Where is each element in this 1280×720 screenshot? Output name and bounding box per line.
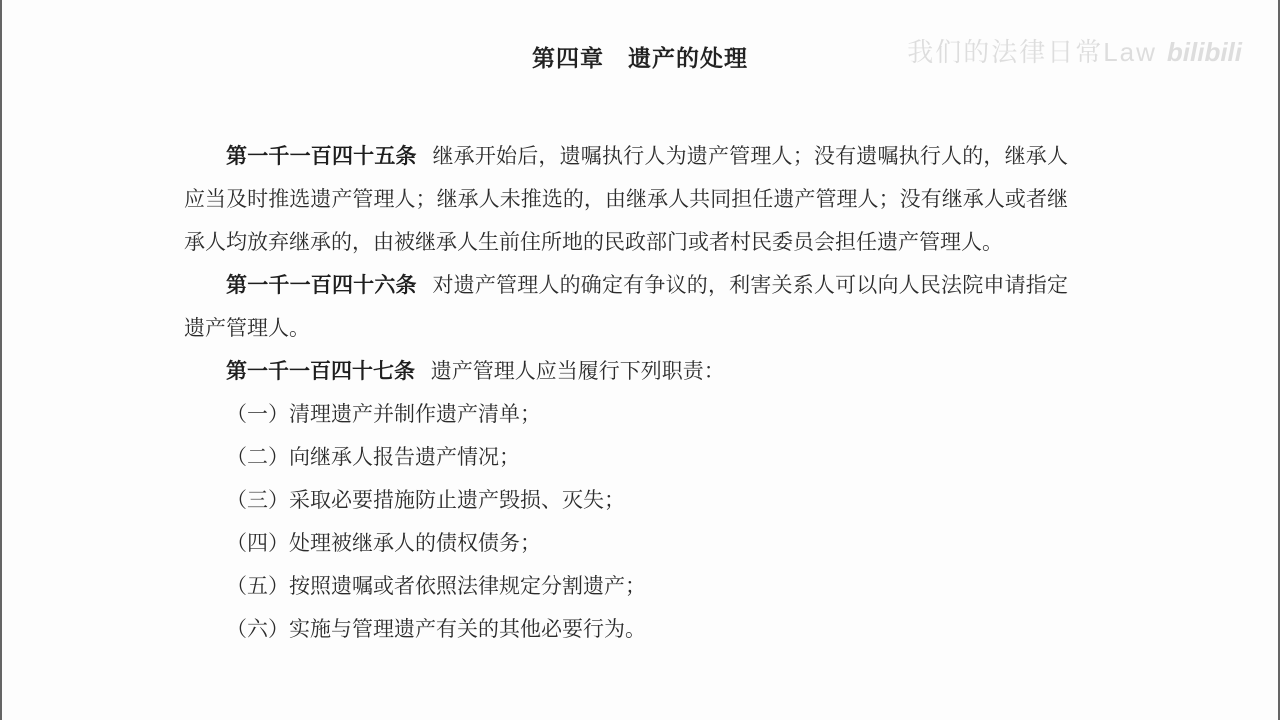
article-1145: 第一千一百四十五条继承开始后，遗嘱执行人为遗产管理人；没有遗嘱执行人的，继承人应… xyxy=(184,135,1068,264)
bilibili-logo: bilibili xyxy=(1167,37,1242,67)
duty-item-5: （五）按照遗嘱或者依照法律规定分割遗产； xyxy=(184,565,1068,608)
duty-item-4: （四）处理被继承人的债权债务； xyxy=(184,522,1068,565)
duty-item-6: （六）实施与管理遗产有关的其他必要行为。 xyxy=(184,608,1068,651)
duty-item-3: （三）采取必要措施防止遗产毁损、灭失； xyxy=(184,479,1068,522)
document-body: 第一千一百四十五条继承开始后，遗嘱执行人为遗产管理人；没有遗嘱执行人的，继承人应… xyxy=(184,135,1068,651)
duty-item-2: （二）向继承人报告遗产情况； xyxy=(184,436,1068,479)
article-1146-number: 第一千一百四十六条 xyxy=(226,274,417,297)
document-page: 我们的法律日常Lawbilibili 第四章 遗产的处理 第一千一百四十五条继承… xyxy=(0,0,1280,720)
article-1146: 第一千一百四十六条对遗产管理人的确定有争议的，利害关系人可以向人民法院申请指定遗… xyxy=(184,264,1068,350)
article-1147-text: 遗产管理人应当履行下列职责： xyxy=(431,359,725,383)
watermark-text: 我们的法律日常Law xyxy=(907,37,1157,67)
article-1147-number: 第一千一百四十七条 xyxy=(226,360,415,383)
article-1145-number: 第一千一百四十五条 xyxy=(226,145,417,168)
duty-item-1: （一）清理遗产并制作遗产清单； xyxy=(184,393,1068,436)
article-1147: 第一千一百四十七条遗产管理人应当履行下列职责： xyxy=(184,350,1068,393)
watermark: 我们的法律日常Lawbilibili xyxy=(907,32,1242,69)
